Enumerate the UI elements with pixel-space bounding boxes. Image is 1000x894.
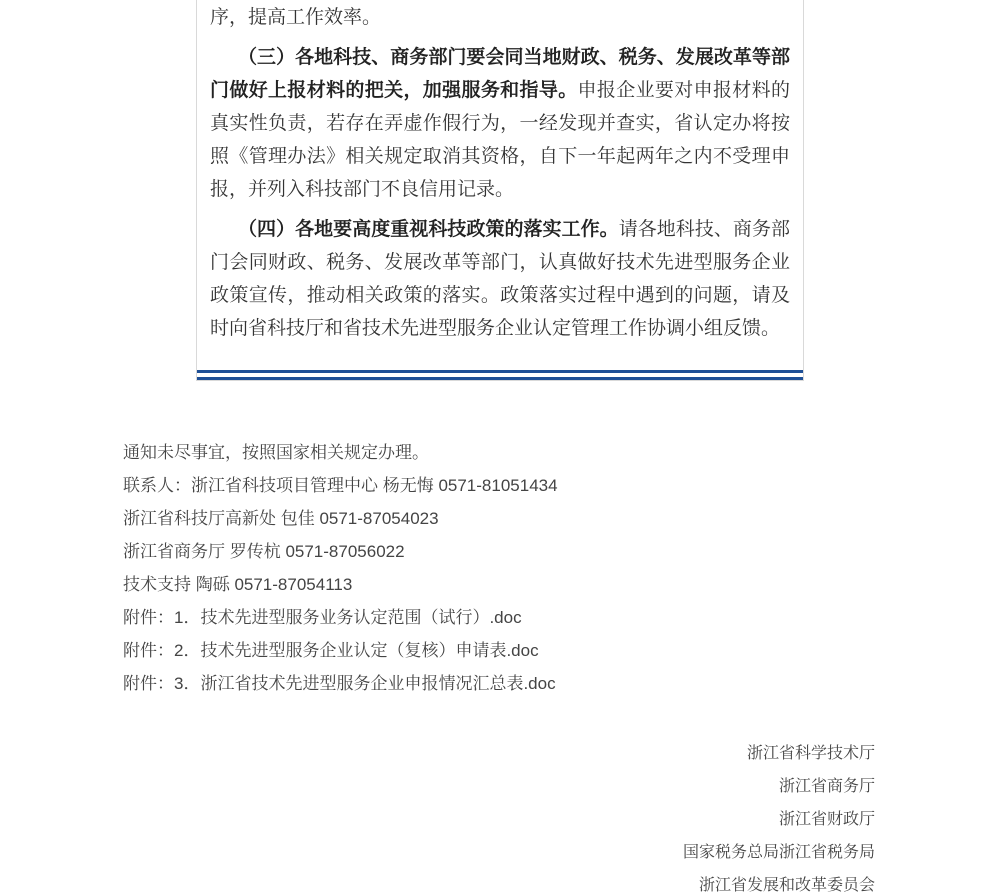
quote-text: 序，提高工作效率。 [210,7,381,28]
signature-line-2: 浙江省商务厅 [683,770,875,803]
double-rule-divider [197,370,803,380]
signature-line-5: 浙江省发展和改革委员会 [683,869,875,894]
quote-paragraph-item-3: （三）各地科技、商务部门要会同当地财政、税务、发展改革等部门做好上报材料的把关，… [210,41,790,206]
notice-body-block: 通知未尽事宜，按照国家相关规定办理。 联系人：浙江省科技项目管理中心 杨无悔 0… [123,436,558,700]
contact-line-2: 浙江省科技厅高新处 包佳 0571-87054023 [123,502,558,535]
signature-line-1: 浙江省科学技术厅 [683,737,875,770]
tech-support-line: 技术支持 陶砾 0571-87054113 [123,568,558,601]
signature-line-4: 国家税务总局浙江省税务局 [683,836,875,869]
attachment-line-3: 附件：3．浙江省技术先进型服务企业申报情况汇总表.doc [123,667,558,700]
quote-paragraph-continuation: 序，提高工作效率。 [210,1,790,34]
contact-line-3: 浙江省商务厅 罗传杭 0571-87056022 [123,535,558,568]
notice-quote-box: 序，提高工作效率。 （三）各地科技、商务部门要会同当地财政、税务、发展改革等部门… [196,0,804,381]
closing-remark-line: 通知未尽事宜，按照国家相关规定办理。 [123,436,558,469]
quote-bold-lead: （四）各地要高度重视科技政策的落实工作。 [238,219,619,240]
quote-content: 序，提高工作效率。 （三）各地科技、商务部门要会同当地财政、税务、发展改革等部门… [197,0,803,370]
attachment-line-1: 附件：1．技术先进型服务业务认定范围（试行）.doc [123,601,558,634]
contact-line-1: 联系人：浙江省科技项目管理中心 杨无悔 0571-81051434 [123,469,558,502]
signature-block: 浙江省科学技术厅 浙江省商务厅 浙江省财政厅 国家税务总局浙江省税务局 浙江省发… [683,737,875,894]
attachment-line-2: 附件：2．技术先进型服务企业认定（复核）申请表.doc [123,634,558,667]
quote-paragraph-item-4: （四）各地要高度重视科技政策的落实工作。请各地科技、商务部门会同财政、税务、发展… [210,213,790,345]
signature-line-3: 浙江省财政厅 [683,803,875,836]
